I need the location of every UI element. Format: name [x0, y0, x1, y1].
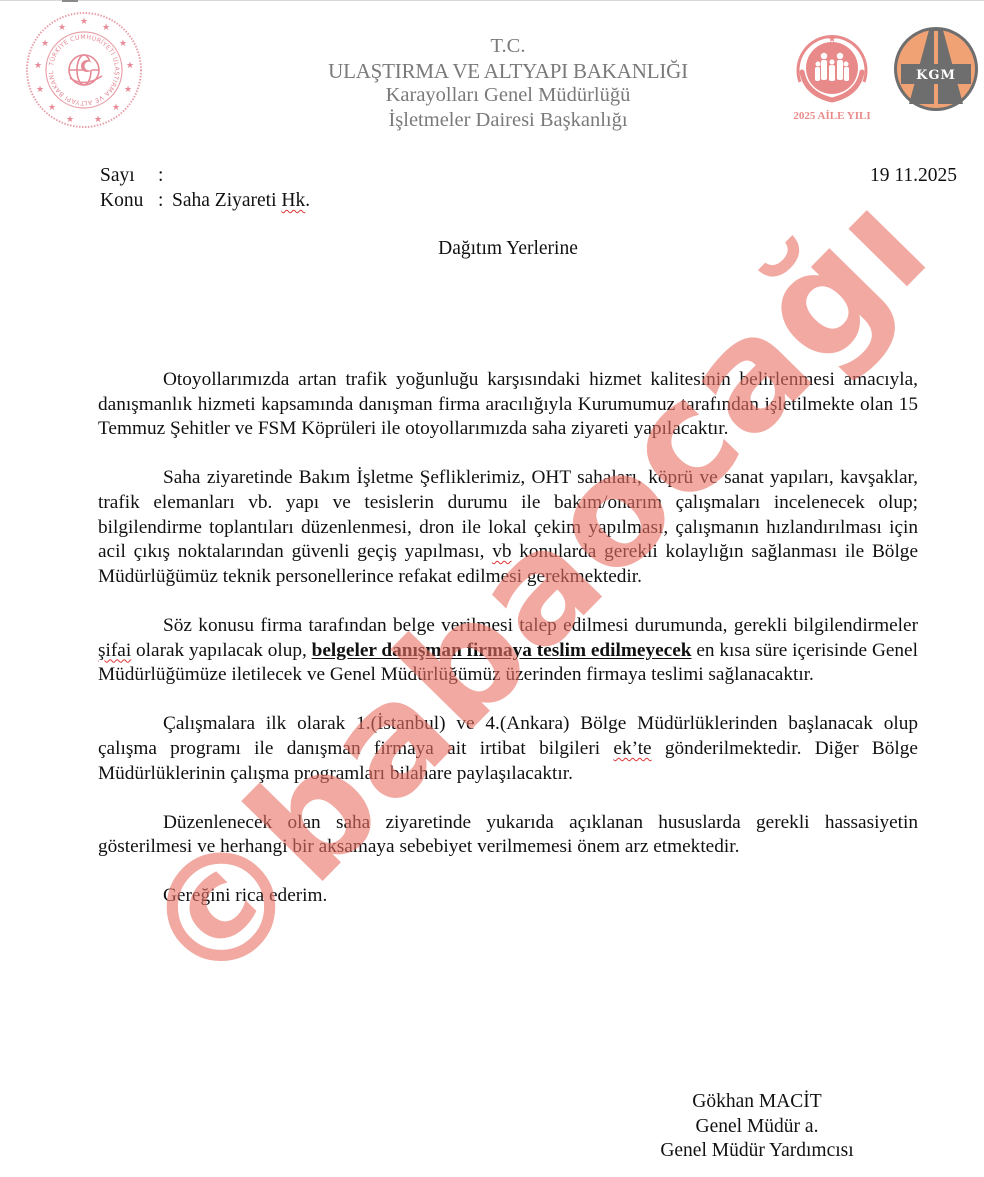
signature-block: Gökhan MACİT Genel Müdür a. Genel Müdür …	[607, 1090, 907, 1164]
family-year-logo-icon: ★ 2025 AİLE YILI	[782, 20, 882, 124]
spellcheck-flagged-word: ek’te	[613, 738, 651, 759]
subject-value: Saha Ziyareti Hk.	[172, 188, 310, 213]
emphasized-instruction: belgeler danışman firmaya teslim edilmey…	[312, 640, 692, 661]
body-paragraph-2: Saha ziyaretinde Bakım İşletme Şeflikler…	[98, 466, 918, 589]
spellcheck-flagged-word: şifai	[98, 640, 131, 661]
signatory-title-2: Genel Müdür Yardımcısı	[607, 1139, 907, 1164]
body-paragraph-5: Düzenlenecek olan saha ziyaretinde yukar…	[98, 811, 918, 860]
svg-text:★: ★	[80, 17, 88, 27]
svg-text:★: ★	[58, 23, 66, 33]
spellcheck-flagged-word: Hk	[281, 190, 305, 211]
document-meta: Sayı : Konu : Saha Ziyareti Hk.	[100, 163, 310, 213]
signatory-title-1: Genel Müdür a.	[607, 1115, 907, 1140]
body-paragraph-1: Otoyollarımızda artan trafik yoğunluğu k…	[98, 368, 918, 442]
subject-row: Konu : Saha Ziyareti Hk.	[100, 188, 310, 213]
subject-value-suffix: .	[305, 190, 310, 211]
svg-text:★: ★	[48, 103, 56, 113]
recipient-line: Dağıtım Yerlerine	[0, 236, 984, 261]
signatory-name: Gökhan MACİT	[607, 1090, 907, 1115]
svg-text:★: ★	[828, 35, 836, 45]
page-top-tab	[62, 0, 78, 2]
document-date: 19 11.2025	[870, 163, 957, 188]
page-top-border	[0, 0, 984, 1]
spellcheck-flagged-word: vb	[492, 541, 511, 562]
closing-line: Gereğini rica ederim.	[98, 884, 918, 909]
subject-colon: :	[158, 188, 172, 213]
body-paragraph-3-text-a: Söz konusu firma tarafından belge verilm…	[163, 615, 918, 636]
svg-text:★: ★	[36, 85, 44, 95]
reference-number-label: Sayı	[100, 163, 158, 188]
reference-number-colon: :	[158, 163, 172, 188]
letter-body: Otoyollarımızda artan trafik yoğunluğu k…	[98, 368, 918, 934]
letterhead-ministry: ULAŞTIRMA VE ALTYAPI BAKANLIĞI	[250, 59, 766, 84]
subject-label: Konu	[100, 188, 158, 213]
body-paragraph-3-text-b: olarak yapılacak olup,	[131, 640, 311, 661]
letterhead-department: İşletmeler Dairesi Başkanlığı	[250, 108, 766, 133]
svg-text:2025 AİLE YILI: 2025 AİLE YILI	[793, 110, 870, 122]
svg-text:★: ★	[126, 61, 134, 71]
reference-number-row: Sayı :	[100, 163, 310, 188]
ministry-seal-icon: ★ ★ ★ ★ ★ ★ ★ ★ ★ ★ ★ ★ ★ TÜRKİYE CUMHUR…	[24, 10, 144, 130]
svg-text:★: ★	[102, 23, 110, 33]
svg-text:★: ★	[66, 115, 74, 125]
letterhead-directorate: Karayolları Genel Müdürlüğü	[250, 83, 766, 108]
svg-text:★: ★	[112, 103, 120, 113]
svg-text:★: ★	[34, 61, 42, 71]
svg-text:★: ★	[41, 39, 49, 49]
kgm-logo-icon: KGM	[893, 26, 979, 112]
svg-text:★: ★	[124, 85, 132, 95]
svg-text:★: ★	[119, 39, 127, 49]
svg-text:KGM: KGM	[916, 68, 956, 83]
svg-text:★: ★	[94, 115, 102, 125]
letterhead: T.C. ULAŞTIRMA VE ALTYAPI BAKANLIĞI Kara…	[250, 34, 766, 132]
letterhead-country: T.C.	[250, 34, 766, 59]
subject-value-text: Saha Ziyareti	[172, 190, 281, 211]
body-paragraph-4: Çalışmalara ilk olarak 1.(İstanbul) ve 4…	[98, 712, 918, 786]
body-paragraph-3: Söz konusu firma tarafından belge verilm…	[98, 614, 918, 688]
